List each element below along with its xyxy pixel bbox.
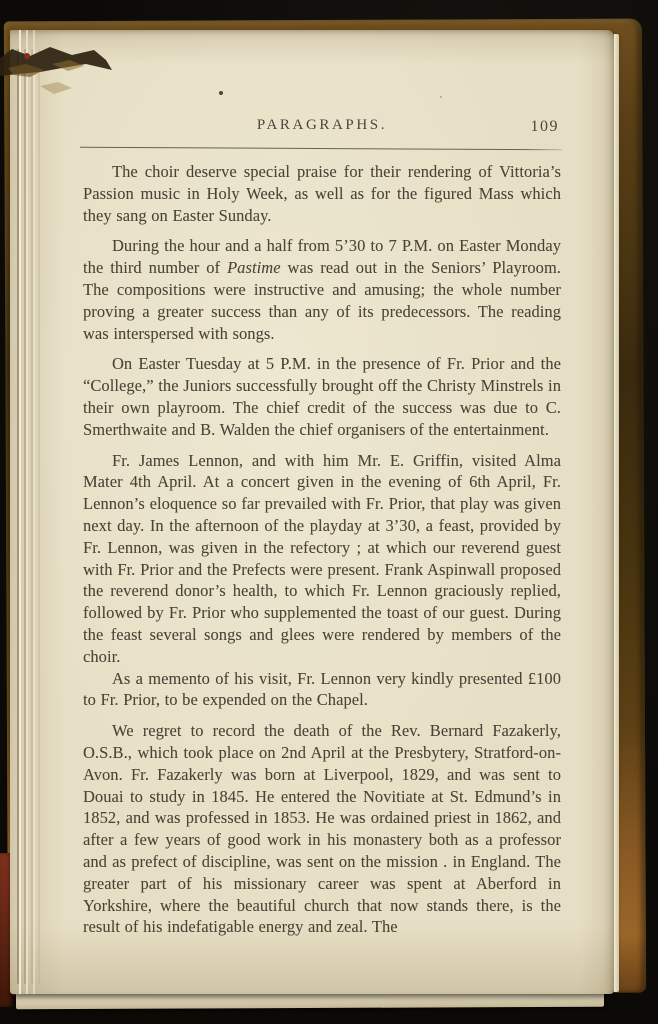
publication-title-italic: Pastime [227,258,281,277]
paragraph-fr-lennon-visit: Fr. James Lennon, and with him Mr. E. Gr… [83,450,561,668]
page-body: The choir deserve special praise for the… [83,161,561,947]
page-curl-creases [14,30,44,994]
paragraph-memento-gift: As a memento of his visit, Fr. Lennon ve… [83,668,561,712]
running-title: PARAGRAPHS. [257,117,387,133]
book-scan-photo: PARAGRAPHS. 109 The choir deserve specia… [0,0,658,1024]
header-rule [80,147,562,151]
paragraph-christy-minstrels: On Easter Tuesday at 5 P.M. in the prese… [83,353,561,440]
book-page: PARAGRAPHS. 109 The choir deserve specia… [10,30,614,994]
page-number: 109 [531,118,560,136]
running-head: PARAGRAPHS. 109 [83,117,561,139]
ink-speck [219,91,223,95]
page-curl-highlight [19,30,21,994]
page-curl-shadow [17,49,19,984]
paragraph-fazakerly-obituary: We regret to record the death of the Rev… [83,720,561,938]
paragraph-choir-praise: The choir deserve special praise for the… [83,161,561,226]
paragraph-pastime-reading: During the hour and a half from 5’30 to … [83,235,561,344]
